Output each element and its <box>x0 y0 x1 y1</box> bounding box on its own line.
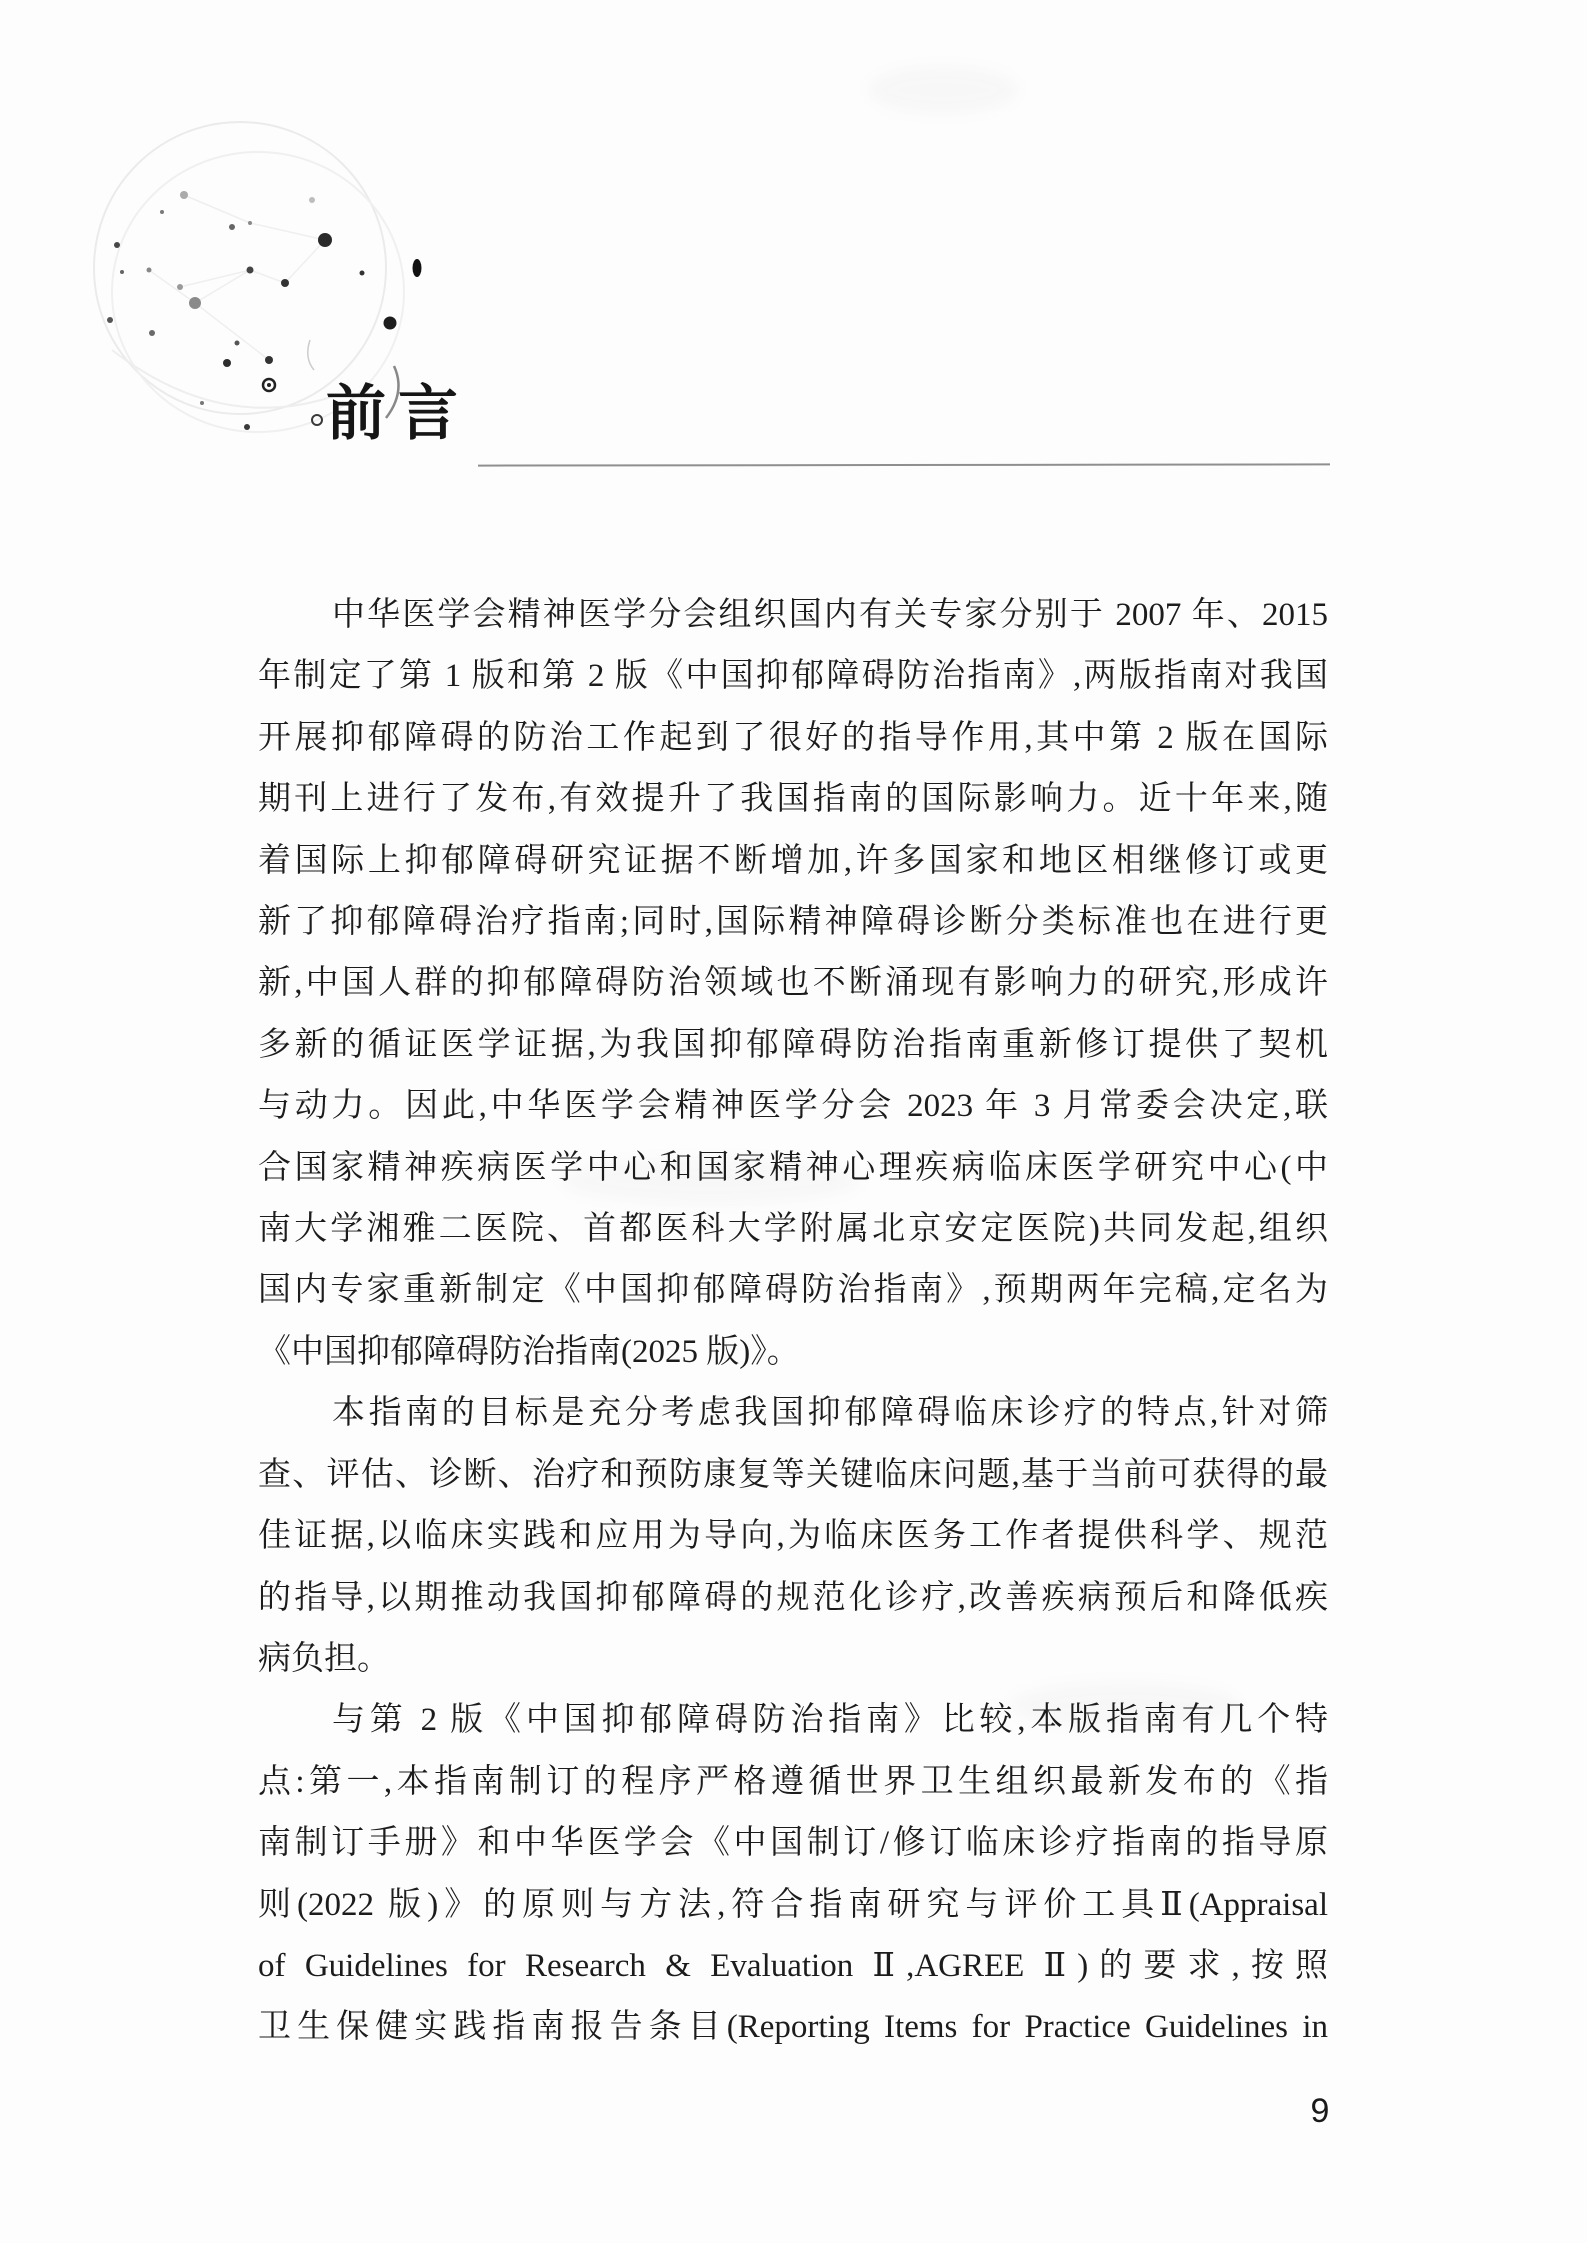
text-line: 新了抑郁障碍治疗指南;同时,国际精神障碍诊断分类标准也在进行更 <box>258 892 1328 953</box>
text-line: 开展抑郁障碍的防治工作起到了很好的指导作用,其中第 2 版在国际 <box>258 708 1328 769</box>
scan-smudge <box>868 66 1018 114</box>
text-line: 点:第一,本指南制订的程序严格遵循世界卫生组织最新发布的《指 <box>258 1752 1328 1813</box>
body-text: 中华医学会精神医学分会组织国内有关专家分别于 2007 年、2015 年制定了第… <box>258 585 1328 2059</box>
text-line: 病负担。 <box>258 1629 1328 1690</box>
text-line: 佳证据,以临床实践和应用为导向,为临床医务工作者提供科学、规范 <box>258 1506 1328 1567</box>
text-line: 新,中国人群的抑郁障碍防治领域也不断涌现有影响力的研究,形成许 <box>258 953 1328 1014</box>
scanned-book-page: 前言 中华医学会精神医学分会组织国内有关专家分别于 2007 年、2015 年制… <box>0 0 1587 2243</box>
text-line: 南制订手册》和中华医学会《中国制订/修订临床诊疗指南的指导原 <box>258 1813 1328 1874</box>
text-line: 多新的循证医学证据,为我国抑郁障碍防治指南重新修订提供了契机 <box>258 1015 1328 1076</box>
text-line: 中华医学会精神医学分会组织国内有关专家分别于 2007 年、2015 <box>258 585 1328 646</box>
text-line: 与动力。因此,中华医学会精神医学分会 2023 年 3 月常委会决定,联 <box>258 1076 1328 1137</box>
paragraph: 本指南的目标是充分考虑我国抑郁障碍临床诊疗的特点,针对筛 查、评估、诊断、治疗和… <box>258 1383 1328 1690</box>
page-title: 前言 <box>326 378 470 450</box>
text-line: 与第 2 版《中国抑郁障碍防治指南》比较,本版指南有几个特 <box>258 1690 1328 1751</box>
text-line: 南大学湘雅二医院、首都医科大学附属北京安定医院)共同发起,组织 <box>258 1199 1328 1260</box>
paragraph: 与第 2 版《中国抑郁障碍防治指南》比较,本版指南有几个特 点:第一,本指南制订… <box>258 1690 1328 2058</box>
text-line: 本指南的目标是充分考虑我国抑郁障碍临床诊疗的特点,针对筛 <box>258 1383 1328 1444</box>
text-line: 着国际上抑郁障碍研究证据不断增加,许多国家和地区相继修订或更 <box>258 831 1328 892</box>
text-line: 年制定了第 1 版和第 2 版《中国抑郁障碍防治指南》,两版指南对我国 <box>258 646 1328 707</box>
title-underline <box>478 463 1330 466</box>
text-line: 的指导,以期推动我国抑郁障碍的规范化诊疗,改善疾病预后和降低疾 <box>258 1568 1328 1629</box>
text-line: 《中国抑郁障碍防治指南(2025 版)》。 <box>258 1322 1328 1383</box>
text-line: of Guidelines for Research & Evaluation … <box>258 1936 1328 1997</box>
text-line: 则(2022 版)》的原则与方法,符合指南研究与评价工具Ⅱ(Appraisal <box>258 1875 1328 1936</box>
page-number: 9 <box>1300 2092 1340 2131</box>
text-line: 期刊上进行了发布,有效提升了我国指南的国际影响力。近十年来,随 <box>258 769 1328 830</box>
text-line: 合国家精神疾病医学中心和国家精神心理疾病临床医学研究中心(中 <box>258 1138 1328 1199</box>
text-line: 卫生保健实践指南报告条目(Reporting Items for Practic… <box>258 1997 1328 2058</box>
paragraph: 中华医学会精神医学分会组织国内有关专家分别于 2007 年、2015 年制定了第… <box>258 585 1328 1383</box>
text-line: 查、评估、诊断、治疗和预防康复等关键临床问题,基于当前可获得的最 <box>258 1445 1328 1506</box>
text-line: 国内专家重新制定《中国抑郁障碍防治指南》,预期两年完稿,定名为 <box>258 1260 1328 1321</box>
